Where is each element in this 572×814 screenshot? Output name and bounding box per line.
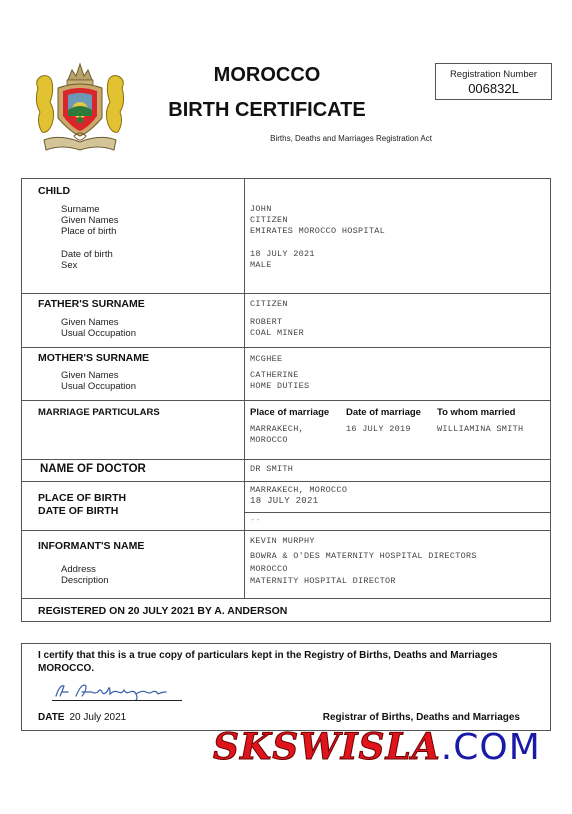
row-divider	[22, 459, 550, 460]
row-divider	[22, 293, 550, 294]
row-divider	[22, 400, 550, 401]
act-subtitle: Births, Deaths and Marriages Registratio…	[160, 134, 432, 143]
child-given-names-label: Given Names	[61, 215, 119, 227]
mother-occupation-label: Usual Occupation	[61, 381, 136, 393]
marriage-spouse-value: WILLIAMINA SMITH	[437, 424, 523, 436]
mother-given-names-label: Given Names	[61, 370, 119, 382]
child-date-of-birth-label: Date of birth	[61, 249, 113, 261]
registration-number: 006832L	[436, 81, 551, 96]
doctor-heading: NAME OF DOCTOR	[40, 463, 146, 475]
coat-of-arms-icon	[30, 58, 130, 158]
row-divider	[22, 598, 550, 599]
child-surname-label: Surname	[61, 204, 100, 216]
date-label: DATE	[38, 712, 64, 723]
informant-description-label: Description	[61, 575, 109, 587]
signature-line	[52, 700, 182, 701]
row-divider	[22, 530, 550, 531]
place-of-birth-value: MARRAKECH, MOROCCO	[250, 485, 347, 497]
father-given-names-label: Given Names	[61, 317, 119, 329]
watermark-part1: SKSWISLA	[213, 726, 441, 768]
date-of-birth-value: 18 JULY 2021	[250, 496, 318, 508]
mother-occupation-value: HOME DUTIES	[250, 381, 309, 393]
informant-heading: INFORMANT'S NAME	[38, 540, 144, 552]
child-given-names-value: CITIZEN	[250, 215, 288, 227]
date-of-birth-heading: DATE OF BIRTH	[38, 505, 118, 517]
child-place-of-birth-label: Place of birth	[61, 226, 116, 238]
date-value: 20 July 2021	[69, 712, 126, 723]
mother-heading: MOTHER'S SURNAME	[38, 352, 149, 364]
doctor-value: DR SMITH	[250, 464, 293, 476]
marriage-date-value: 16 JULY 2019	[346, 424, 411, 436]
certification-box: I certify that this is a true copy of pa…	[21, 643, 551, 731]
child-heading: CHILD	[38, 185, 70, 197]
father-given-names-value: ROBERT	[250, 317, 282, 329]
registration-number-box: Registration Number 006832L	[435, 63, 552, 100]
birth-extra-value: --	[250, 515, 261, 527]
child-sex-label: Sex	[61, 260, 77, 272]
father-heading: FATHER'S SURNAME	[38, 298, 145, 310]
child-surname-value: JOHN	[250, 204, 272, 216]
father-surname-value: CITIZEN	[250, 299, 288, 311]
row-divider	[244, 512, 550, 513]
marriage-place-line1: MARRAKECH,	[250, 424, 304, 436]
child-place-of-birth-value: EMIRATES MOROCCO HOSPITAL	[250, 226, 385, 238]
father-occupation-value: COAL MINER	[250, 328, 304, 340]
informant-description-value: MATERNITY HOSPITAL DIRECTOR	[250, 576, 396, 588]
registrar-title: Registrar of Births, Deaths and Marriage…	[323, 712, 520, 723]
row-divider	[22, 481, 550, 482]
informant-address-line1: BOWRA & O'DES MATERNITY HOSPITAL DIRECTO…	[250, 551, 477, 563]
informant-address-line2: MOROCCO	[250, 564, 288, 576]
informant-name-value: KEVIN MURPHY	[250, 536, 315, 548]
marriage-spouse-header: To whom married	[437, 407, 515, 418]
marriage-place-header: Place of marriage	[250, 407, 329, 418]
country-title: MOROCCO	[160, 64, 374, 87]
marriage-place-line2: MOROCCO	[250, 435, 288, 447]
watermark-part2: .COM	[441, 727, 541, 768]
registered-line: REGISTERED ON 20 JULY 2021 BY A. ANDERSO…	[38, 605, 287, 617]
mother-given-names-value: CATHERINE	[250, 370, 299, 382]
signature	[52, 680, 172, 705]
informant-address-label: Address	[61, 564, 96, 576]
certification-date: DATE20 July 2021	[38, 712, 126, 723]
watermark: SKSWISLA.COM	[213, 726, 541, 768]
marriage-heading: MARRIAGE PARTICULARS	[38, 407, 160, 418]
father-occupation-label: Usual Occupation	[61, 328, 136, 340]
registration-label: Registration Number	[436, 69, 551, 80]
mother-surname-value: MCGHEE	[250, 354, 282, 366]
document-title: BIRTH CERTIFICATE	[160, 99, 374, 122]
place-of-birth-heading: PLACE OF BIRTH	[38, 492, 126, 504]
certification-text: I certify that this is a true copy of pa…	[38, 650, 538, 675]
column-divider	[244, 179, 245, 598]
particulars-table: CHILD Surname Given Names Place of birth…	[21, 178, 551, 622]
child-sex-value: MALE	[250, 260, 272, 272]
row-divider	[22, 347, 550, 348]
child-date-of-birth-value: 18 JULY 2021	[250, 249, 315, 261]
marriage-date-header: Date of marriage	[346, 407, 421, 418]
